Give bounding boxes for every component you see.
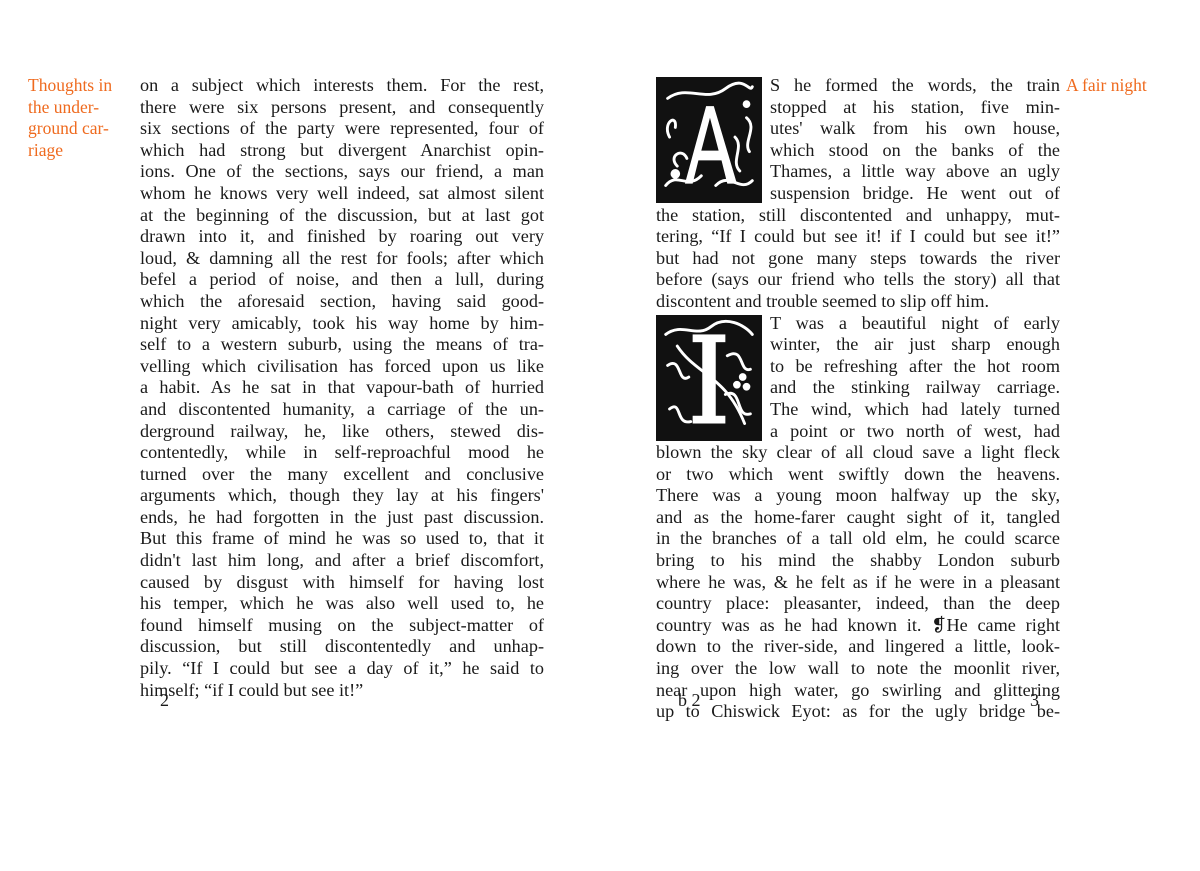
text-line: a point or two north of west, had (770, 421, 1060, 443)
text-line: or two which went swiftly down the heave… (656, 464, 1060, 486)
paragraph: T was a beautiful night of early winter,… (656, 313, 1060, 723)
signature-mark: b 2 (678, 690, 701, 711)
text-line: before (says our friend who tells the st… (656, 269, 1060, 291)
sidenote-line: riage (28, 140, 138, 162)
text-line: a habit. As he sat in that vapour-bath o… (140, 377, 544, 399)
sidenote-line: the under- (28, 97, 138, 119)
text-line: winter, the air just sharp enough (770, 334, 1060, 356)
text-line: to be refreshing after the hot room (770, 356, 1060, 378)
text-line: his temper, which he was also well used … (140, 593, 544, 615)
text-line: whom he knows very well indeed, sat almo… (140, 183, 544, 205)
text-line: The wind, which had lately turned (770, 399, 1060, 421)
text-line: arguments which, though they lay at his … (140, 485, 544, 507)
text-line: velling which civilisation has forced up… (140, 356, 544, 378)
right-body-text: S he formed the words, the train stopped… (656, 75, 1060, 723)
text-line: ions. One of the sections, says our frie… (140, 161, 544, 183)
text-line: ends, he had forgotten in the just past … (140, 507, 544, 529)
text-line: bring to his mind the shabby London subu… (656, 550, 1060, 572)
sidenote-line: ground car- (28, 118, 138, 140)
right-page: A fair night (600, 0, 1200, 871)
decorated-initial-a-icon (656, 77, 762, 203)
text-line: up to Chiswick Eyot: as for the ugly bri… (656, 701, 1060, 723)
text-line: There was a young moon halfway up the sk… (656, 485, 1060, 507)
sidenote-line: Thoughts in (28, 75, 138, 97)
text-line: on a subject which interests them. For t… (140, 75, 544, 97)
sidenote-thoughts: Thoughts in the under- ground car- riage (28, 75, 138, 161)
text-line: country place: pleasanter, indeed, than … (656, 593, 1060, 615)
text-line: found himself musing on the subject-matt… (140, 615, 544, 637)
text-line: and the stinking railway carriage. (770, 377, 1060, 399)
decorated-initial-i-icon (656, 315, 762, 441)
text-line: country was as he had known it. ❡He came… (656, 615, 1060, 637)
text-line: down to the river-side, and lingered a l… (656, 636, 1060, 658)
text-line: where he was, & he felt as if he were in… (656, 572, 1060, 594)
page-number: 2 (160, 690, 169, 711)
text-line: discussion, but still discontentedly and… (140, 636, 544, 658)
text-line: T was a beautiful night of early (770, 313, 1060, 335)
text-line: in the branches of a tall old elm, he co… (656, 528, 1060, 550)
text-line: S he formed the words, the train (770, 75, 1060, 97)
paragraph: S he formed the words, the train stopped… (656, 75, 1060, 313)
text-line: blown the sky clear of all cloud save a … (656, 442, 1060, 464)
text-line: self to a western suburb, using the mean… (140, 334, 544, 356)
text-line: loud, & damning all the rest for fools; … (140, 248, 544, 270)
text-line: which stood on the banks of the (770, 140, 1060, 162)
left-body-text: on a subject which interests them. For t… (140, 75, 544, 701)
text-line: near upon high water, go swirling and gl… (656, 680, 1060, 702)
text-line: drawn into it, and finished by roaring o… (140, 226, 544, 248)
left-page: Thoughts in the under- ground car- riage… (0, 0, 600, 871)
text-line: himself; “if I could but see it!” (140, 680, 544, 702)
text-line: night very amicably, took his way home b… (140, 313, 544, 335)
text-line: tering, “If I could but see it! if I cou… (656, 226, 1060, 248)
text-line: stopped at his station, five min- (770, 97, 1060, 119)
text-line: there were six persons present, and cons… (140, 97, 544, 119)
text-line: utes' walk from his own house, (770, 118, 1060, 140)
text-line: which had strong but divergent Anarchist… (140, 140, 544, 162)
text-line: and as the home-farer caught sight of it… (656, 507, 1060, 529)
text-line: and discontented humanity, a carriage of… (140, 399, 544, 421)
text-line: derground railway, he, like others, stew… (140, 421, 544, 443)
text-line: ing over the low wall to note the moonli… (656, 658, 1060, 680)
text-line: didn't last him long, and after a brief … (140, 550, 544, 572)
text-line: suspension bridge. He went out of (770, 183, 1060, 205)
text-line: Thames, a little way above an ugly (770, 161, 1060, 183)
text-line: the station, still discontented and unha… (656, 205, 1060, 227)
text-line: turned over the many excellent and concl… (140, 464, 544, 486)
text-line: but had not gone many steps towards the … (656, 248, 1060, 270)
text-line: six sections of the party were represent… (140, 118, 544, 140)
text-line: contentedly, while in self-reproachful m… (140, 442, 544, 464)
text-line: pily. “If I could but see a day of it,” … (140, 658, 544, 680)
page-number: 3 (1030, 690, 1039, 711)
text-line: discontent and trouble seemed to slip of… (656, 291, 1060, 313)
text-line: But this frame of mind he was so used to… (140, 528, 544, 550)
text-line: caused by disgust with himself for havin… (140, 572, 544, 594)
text-line: which the aforesaid section, having said… (140, 291, 544, 313)
text-line: at the beginning of the discussion, but … (140, 205, 544, 227)
text-line: befel a period of noise, and then a lull… (140, 269, 544, 291)
sidenote-fair-night: A fair night (1066, 75, 1196, 97)
